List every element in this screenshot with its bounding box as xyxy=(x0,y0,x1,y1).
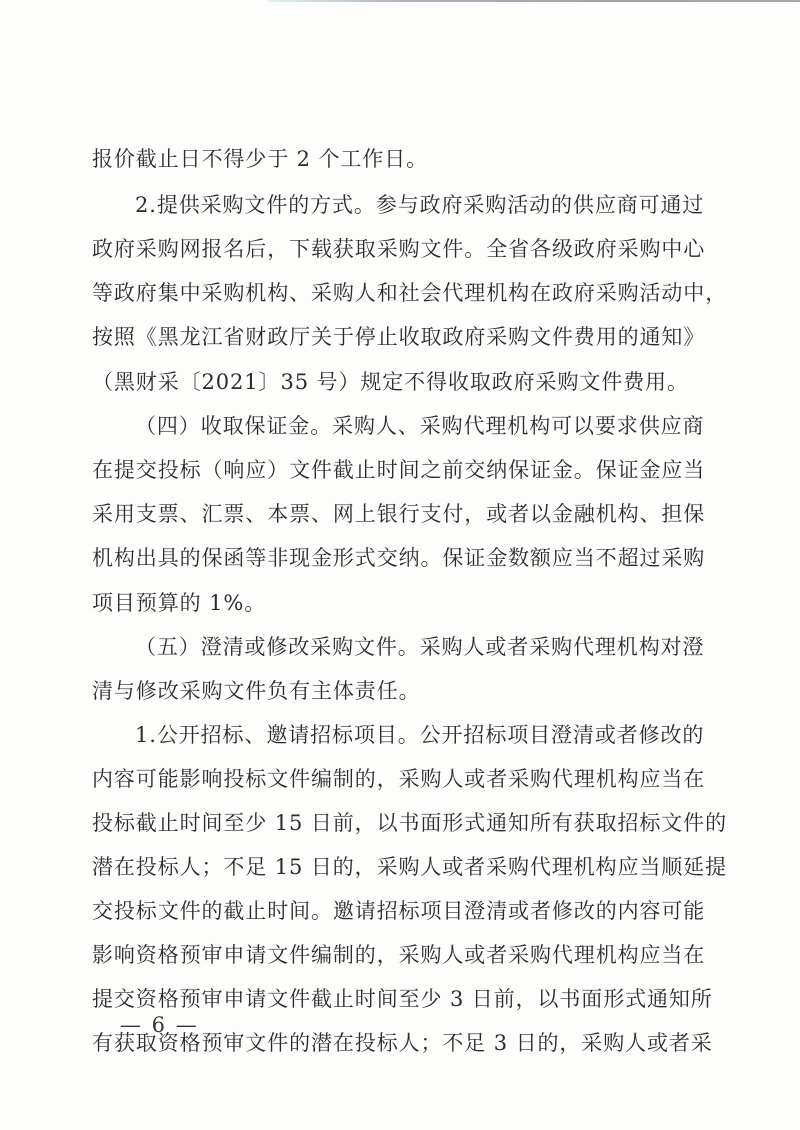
text-line: 潜在投标人；不足 15 日的，采购人或者采购代理机构应当顺延提 xyxy=(92,852,702,882)
text-line: （四）收取保证金。采购人、采购代理机构可以要求供应商 xyxy=(135,411,702,441)
text-line: 项目预算的 1%。 xyxy=(92,588,702,618)
text-line: 采用支票、汇票、本票、网上银行支付，或者以金融机构、担保 xyxy=(92,499,702,529)
text-line: 2.提供采购文件的方式。参与政府采购活动的供应商可通过 xyxy=(135,190,702,220)
text-line: 内容可能影响投标文件编制的，采购人或者采购代理机构应当在 xyxy=(92,764,702,794)
text-line: （五）澄清或修改采购文件。采购人或者采购代理机构对澄 xyxy=(135,632,702,662)
text-line: 影响资格预审申请文件编制的，采购人或者采购代理机构应当在 xyxy=(92,940,702,970)
text-line: 交投标文件的截止时间。邀请招标项目澄清或者修改的内容可能 xyxy=(92,896,702,926)
text-line: 政府采购网报名后，下载获取采购文件。全省各级政府采购中心 xyxy=(92,234,702,264)
text-line: （黑财采〔2021〕35 号）规定不得收取政府采购文件费用。 xyxy=(92,367,702,397)
text-line: 机构出具的保函等非现金形式交纳。保证金数额应当不超过采购 xyxy=(92,543,702,573)
text-line: 投标截止时间至少 15 日前，以书面形式通知所有获取招标文件的 xyxy=(92,808,702,838)
page-number: — 6 — xyxy=(120,1010,199,1040)
text-line: 清与修改采购文件负有主体责任。 xyxy=(92,676,702,706)
text-line: 在提交投标（响应）文件截止时间之前交纳保证金。保证金应当 xyxy=(92,455,702,485)
document-page: 报价截止日不得少于 2 个工作日。 2.提供采购文件的方式。参与政府采购活动的供… xyxy=(0,0,800,1130)
text-line: 按照《黑龙江省财政厅关于停止收取政府采购文件费用的通知》 xyxy=(92,322,702,352)
text-line: 等政府集中采购机构、采购人和社会代理机构在政府采购活动中， xyxy=(92,278,702,308)
scan-edge-divider xyxy=(268,0,800,2)
text-line: 报价截止日不得少于 2 个工作日。 xyxy=(92,144,702,174)
text-line: 1.公开招标、邀请招标项目。公开招标项目澄清或者修改的 xyxy=(135,720,702,750)
